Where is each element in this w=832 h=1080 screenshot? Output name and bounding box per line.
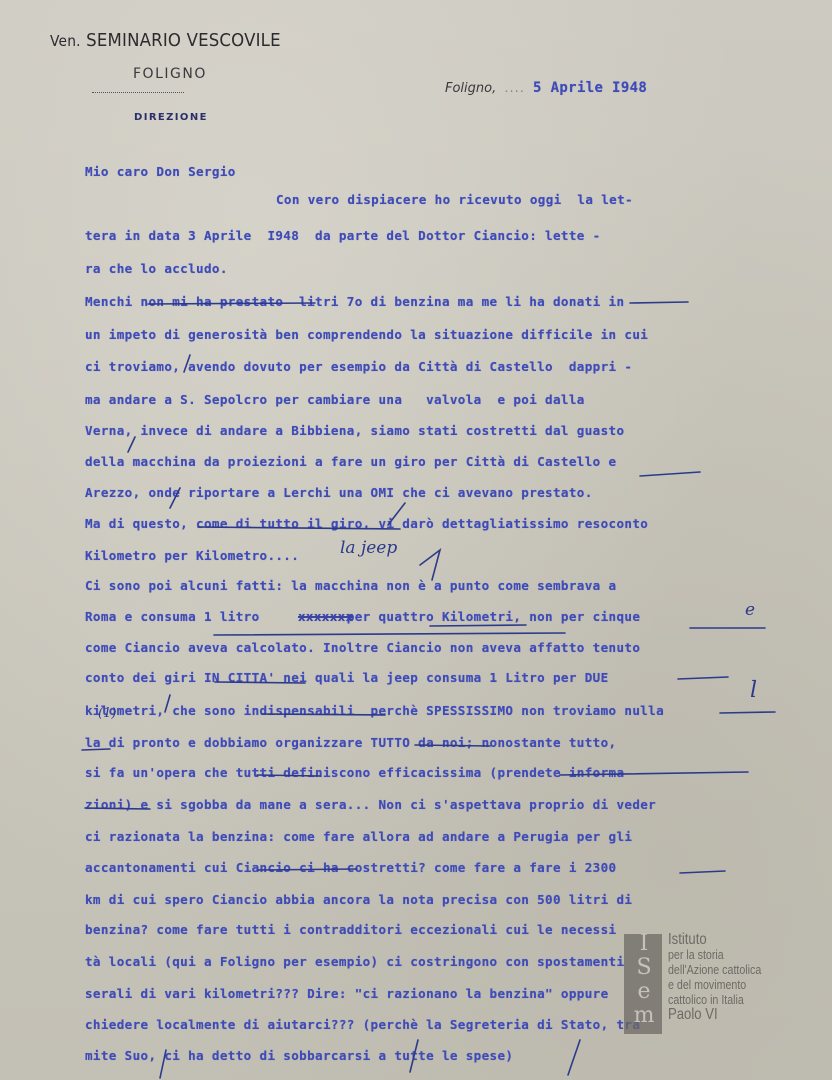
letter-page: Ven. SEMINARIO VESCOVILE FOLIGNO DIREZIO… <box>0 0 832 1080</box>
archive-stamp: I S e m Istituto per la storia dell'Azio… <box>622 932 772 1042</box>
handwritten-mark-l: l <box>750 678 757 703</box>
handwritten-mark-e: e <box>745 600 755 620</box>
stamp-line: Paolo VI <box>668 1007 761 1022</box>
stamp-text: Istituto per la storia dell'Azione catto… <box>668 932 761 1022</box>
monogram-letter: e <box>626 980 662 1004</box>
stamp-line: per la storia <box>668 947 761 962</box>
stamp-line: cattolico in Italia <box>668 992 761 1007</box>
stamp-monogram: I S e m <box>626 932 662 1028</box>
monogram-letter: S <box>626 956 662 980</box>
handwritten-mark-footnote: (1) <box>98 706 116 721</box>
monogram-letter: I <box>626 932 662 956</box>
pen-annotations <box>0 0 832 1080</box>
stamp-line: e del movimento <box>668 977 761 992</box>
stamp-line: Istituto <box>668 932 761 947</box>
monogram-letter: m <box>626 1004 662 1028</box>
stamp-line: dell'Azione cattolica <box>668 962 761 977</box>
